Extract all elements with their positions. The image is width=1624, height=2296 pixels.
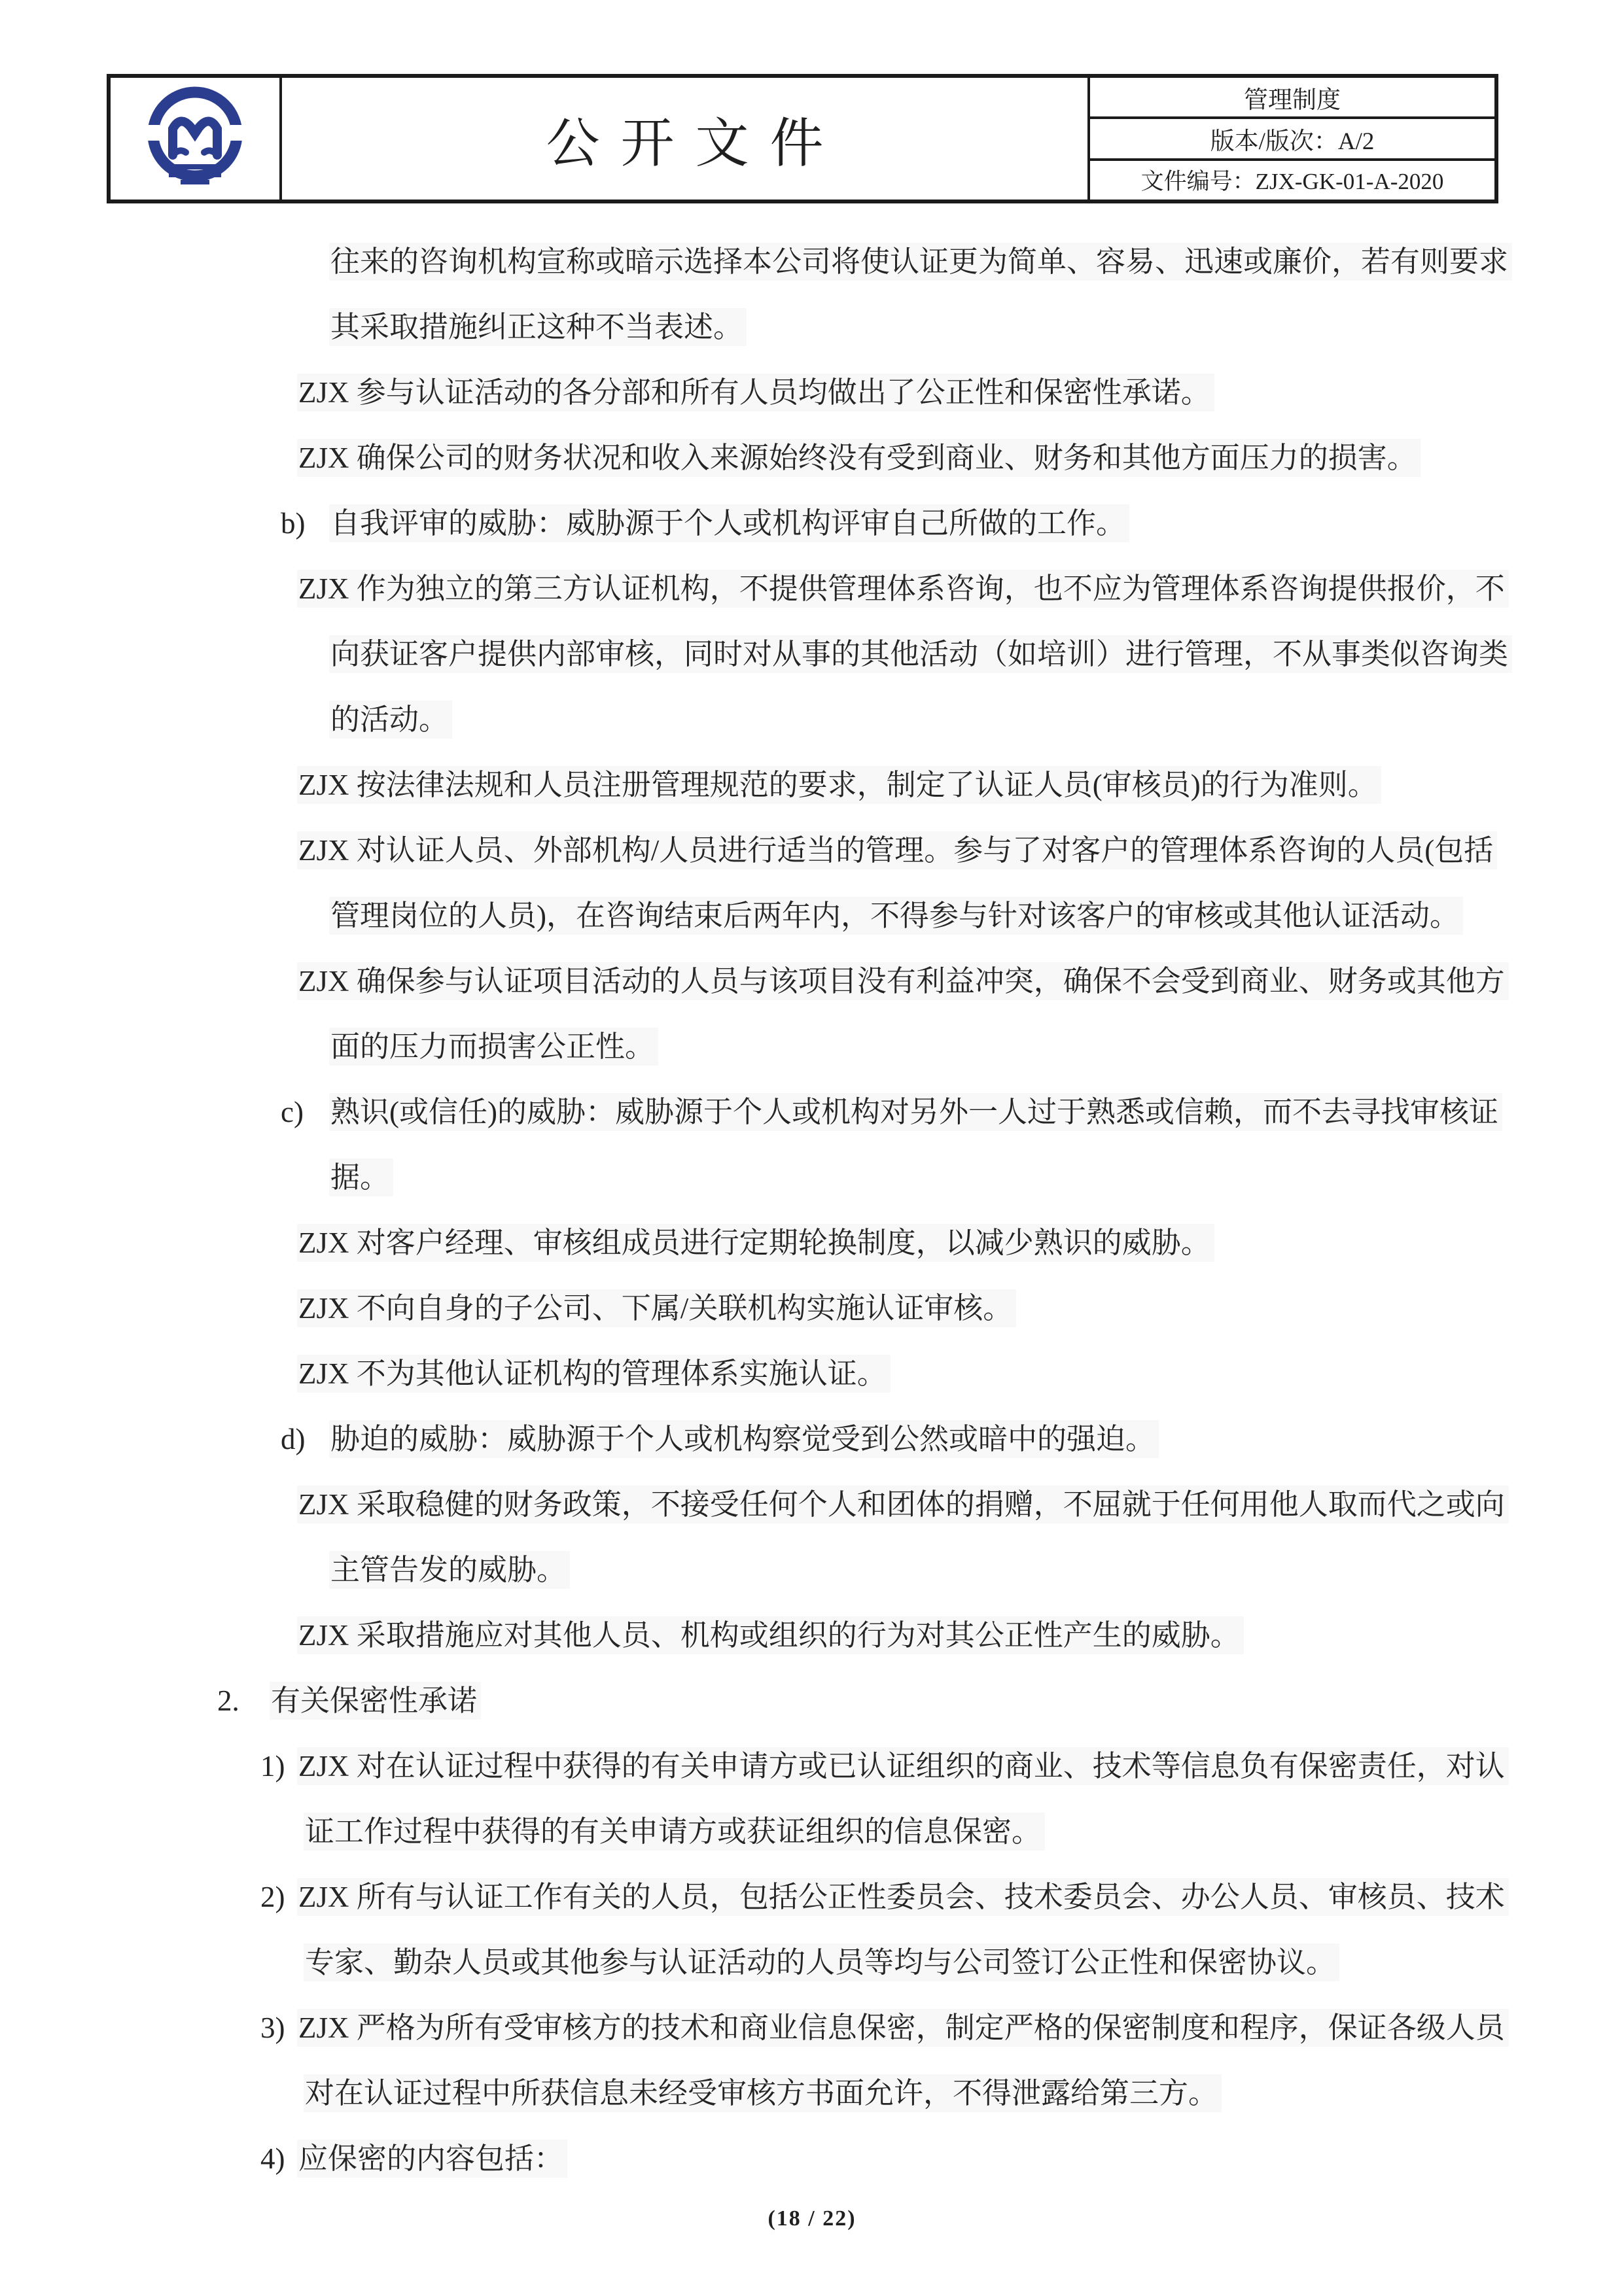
text-line-content: ZJX 作为独立的第三方认证机构，不提供管理体系咨询，也不应为管理体系咨询提供报… xyxy=(297,570,1509,608)
text-line: ZJX 不向自身的子公司、下属/关联机构实施认证审核。 xyxy=(0,1276,1624,1341)
text-line-content: 对在认证过程中所获信息未经受审核方书面允许，不得泄露给第三方。 xyxy=(304,2074,1222,2112)
text-line: 主管告发的威胁。 xyxy=(0,1537,1624,1603)
list-marker: d) xyxy=(281,1406,329,1472)
text-line: 往来的咨询机构宣称或暗示选择本公司将使认证更为简单、容易、迅速或廉价，若有则要求 xyxy=(0,229,1624,294)
text-line: 管理岗位的人员)，在咨询结束后两年内，不得参与针对该客户的审核或其他认证活动。 xyxy=(0,883,1624,948)
list-marker: 4) xyxy=(260,2126,297,2191)
text-line-content: 胁迫的威胁：威胁源于个人或机构察觉受到公然或暗中的强迫。 xyxy=(329,1420,1159,1458)
header-meta-column: 管理制度 版本/版次：A/2 文件编号：ZJX-GK-01-A-2020 xyxy=(1090,78,1494,200)
list-marker: 1) xyxy=(260,1733,297,1799)
doc-number: 文件编号：ZJX-GK-01-A-2020 xyxy=(1090,161,1494,200)
text-line-content: 自我评审的威胁：威胁源于个人或机构评审自己所做的工作。 xyxy=(329,504,1129,542)
text-line-content: ZJX 采取措施应对其他人员、机构或组织的行为对其公正性产生的威胁。 xyxy=(297,1616,1244,1654)
text-line: 4)应保密的内容包括： xyxy=(0,2126,1624,2191)
text-line-content: ZJX 对在认证过程中获得的有关申请方或已认证组织的商业、技术等信息负有保密责任… xyxy=(297,1747,1509,1785)
text-line-content: 往来的咨询机构宣称或暗示选择本公司将使认证更为简单、容易、迅速或廉价，若有则要求 xyxy=(329,243,1512,281)
text-line: ZJX 确保参与认证项目活动的人员与该项目没有利益冲突，确保不会受到商业、财务或… xyxy=(0,948,1624,1014)
doc-category: 管理制度 xyxy=(1090,78,1494,119)
text-line-content: 的活动。 xyxy=(329,701,452,739)
text-line-content: 主管告发的威胁。 xyxy=(329,1551,570,1589)
text-line-content: ZJX 对客户经理、审核组成员进行定期轮换制度，以减少熟识的威胁。 xyxy=(297,1224,1214,1262)
document-page: 公开文件 管理制度 版本/版次：A/2 文件编号：ZJX-GK-01-A-202… xyxy=(0,0,1624,2296)
text-line-content: 面的压力而损害公正性。 xyxy=(329,1028,658,1066)
text-line: ZJX 不为其他认证机构的管理体系实施认证。 xyxy=(0,1341,1624,1406)
text-line-content: ZJX 确保参与认证项目活动的人员与该项目没有利益冲突，确保不会受到商业、财务或… xyxy=(297,962,1509,1000)
document-header-table: 公开文件 管理制度 版本/版次：A/2 文件编号：ZJX-GK-01-A-202… xyxy=(107,74,1498,203)
text-line-content: ZJX 不为其他认证机构的管理体系实施认证。 xyxy=(297,1355,891,1393)
text-line: ZJX 对客户经理、审核组成员进行定期轮换制度，以减少熟识的威胁。 xyxy=(0,1210,1624,1276)
text-line-content: ZJX 严格为所有受审核方的技术和商业信息保密，制定严格的保密制度和程序，保证各… xyxy=(297,2009,1509,2047)
text-line: 其采取措施纠正这种不当表述。 xyxy=(0,294,1624,360)
document-body: 往来的咨询机构宣称或暗示选择本公司将使认证更为简单、容易、迅速或廉价，若有则要求… xyxy=(0,229,1624,2191)
text-line-content: 向获证客户提供内部审核，同时对从事的其他活动（如培训）进行管理，不从事类似咨询类 xyxy=(329,635,1512,673)
text-line: 3)ZJX 严格为所有受审核方的技术和商业信息保密，制定严格的保密制度和程序，保… xyxy=(0,1995,1624,2061)
text-line: 1)ZJX 对在认证过程中获得的有关申请方或已认证组织的商业、技术等信息负有保密… xyxy=(0,1733,1624,1799)
text-line-content: ZJX 确保公司的财务状况和收入来源始终没有受到商业、财务和其他方面压力的损害。 xyxy=(297,439,1421,477)
text-line: ZJX 对认证人员、外部机构/人员进行适当的管理。参与了对客户的管理体系咨询的人… xyxy=(0,818,1624,883)
text-line-content: 专家、勤杂人员或其他参与认证活动的人员等均与公司签订公正性和保密协议。 xyxy=(304,1943,1339,1981)
text-line: 对在认证过程中所获信息未经受审核方书面允许，不得泄露给第三方。 xyxy=(0,2061,1624,2126)
text-line: c)熟识(或信任)的威胁：威胁源于个人或机构对另外一人过于熟悉或信赖，而不去寻找… xyxy=(0,1079,1624,1145)
list-marker: 2) xyxy=(260,1864,297,1930)
text-line-content: 管理岗位的人员)，在咨询结束后两年内，不得参与针对该客户的审核或其他认证活动。 xyxy=(329,897,1463,935)
text-line: ZJX 确保公司的财务状况和收入来源始终没有受到商业、财务和其他方面压力的损害。 xyxy=(0,425,1624,491)
list-marker: 3) xyxy=(260,1995,297,2061)
title-cell: 公开文件 xyxy=(282,78,1090,200)
text-line-content: ZJX 采取稳健的财务政策，不接受任何个人和团体的捐赠，不屈就于任何用他人取而代… xyxy=(297,1486,1509,1523)
text-line: ZJX 采取措施应对其他人员、机构或组织的行为对其公正性产生的威胁。 xyxy=(0,1603,1624,1668)
text-line: 2)ZJX 所有与认证工作有关的人员，包括公正性委员会、技术委员会、办公人员、审… xyxy=(0,1864,1624,1930)
text-line-content: 其采取措施纠正这种不当表述。 xyxy=(329,308,747,346)
text-line: 专家、勤杂人员或其他参与认证活动的人员等均与公司签订公正性和保密协议。 xyxy=(0,1930,1624,1995)
text-line-content: 有关保密性承诺 xyxy=(270,1682,481,1720)
text-line-content: ZJX 参与认证活动的各分部和所有人员均做出了公正性和保密性承诺。 xyxy=(297,374,1214,411)
page-title: 公开文件 xyxy=(525,101,844,177)
text-line: ZJX 采取稳健的财务政策，不接受任何个人和团体的捐赠，不屈就于任何用他人取而代… xyxy=(0,1472,1624,1537)
logo-cell xyxy=(111,78,282,200)
text-line: b)自我评审的威胁：威胁源于个人或机构评审自己所做的工作。 xyxy=(0,491,1624,556)
list-marker: 2. xyxy=(217,1668,270,1733)
text-line-content: ZJX 对认证人员、外部机构/人员进行适当的管理。参与了对客户的管理体系咨询的人… xyxy=(297,831,1497,869)
text-line: ZJX 参与认证活动的各分部和所有人员均做出了公正性和保密性承诺。 xyxy=(0,360,1624,425)
text-line: 证工作过程中获得的有关申请方或获证组织的信息保密。 xyxy=(0,1799,1624,1864)
text-line-content: 证工作过程中获得的有关申请方或获证组织的信息保密。 xyxy=(304,1813,1045,1851)
text-line-content: 据。 xyxy=(329,1158,393,1196)
text-line: 2.有关保密性承诺 xyxy=(0,1668,1624,1733)
text-line-content: 熟识(或信任)的威胁：威胁源于个人或机构对另外一人过于熟悉或信赖，而不去寻找审核… xyxy=(329,1093,1502,1131)
text-line: 向获证客户提供内部审核，同时对从事的其他活动（如培训）进行管理，不从事类似咨询类 xyxy=(0,621,1624,687)
list-marker: c) xyxy=(281,1079,329,1145)
company-emblem-icon xyxy=(140,82,250,196)
text-line: 的活动。 xyxy=(0,687,1624,752)
text-line-content: ZJX 不向自身的子公司、下属/关联机构实施认证审核。 xyxy=(297,1289,1016,1327)
list-marker: b) xyxy=(281,491,329,556)
text-line: d)胁迫的威胁：威胁源于个人或机构察觉受到公然或暗中的强迫。 xyxy=(0,1406,1624,1472)
text-line: 面的压力而损害公正性。 xyxy=(0,1014,1624,1079)
doc-version: 版本/版次：A/2 xyxy=(1090,119,1494,160)
text-line-content: ZJX 按法律法规和人员注册管理规范的要求，制定了认证人员(审核员)的行为准则。 xyxy=(297,766,1381,804)
text-line: 据。 xyxy=(0,1145,1624,1210)
text-line-content: 应保密的内容包括： xyxy=(297,2140,567,2178)
page-number: (18 / 22) xyxy=(0,2193,1624,2245)
text-line-content: ZJX 所有与认证工作有关的人员，包括公正性委员会、技术委员会、办公人员、审核员… xyxy=(297,1878,1509,1916)
text-line: ZJX 作为独立的第三方认证机构，不提供管理体系咨询，也不应为管理体系咨询提供报… xyxy=(0,556,1624,621)
text-line: ZJX 按法律法规和人员注册管理规范的要求，制定了认证人员(审核员)的行为准则。 xyxy=(0,752,1624,818)
